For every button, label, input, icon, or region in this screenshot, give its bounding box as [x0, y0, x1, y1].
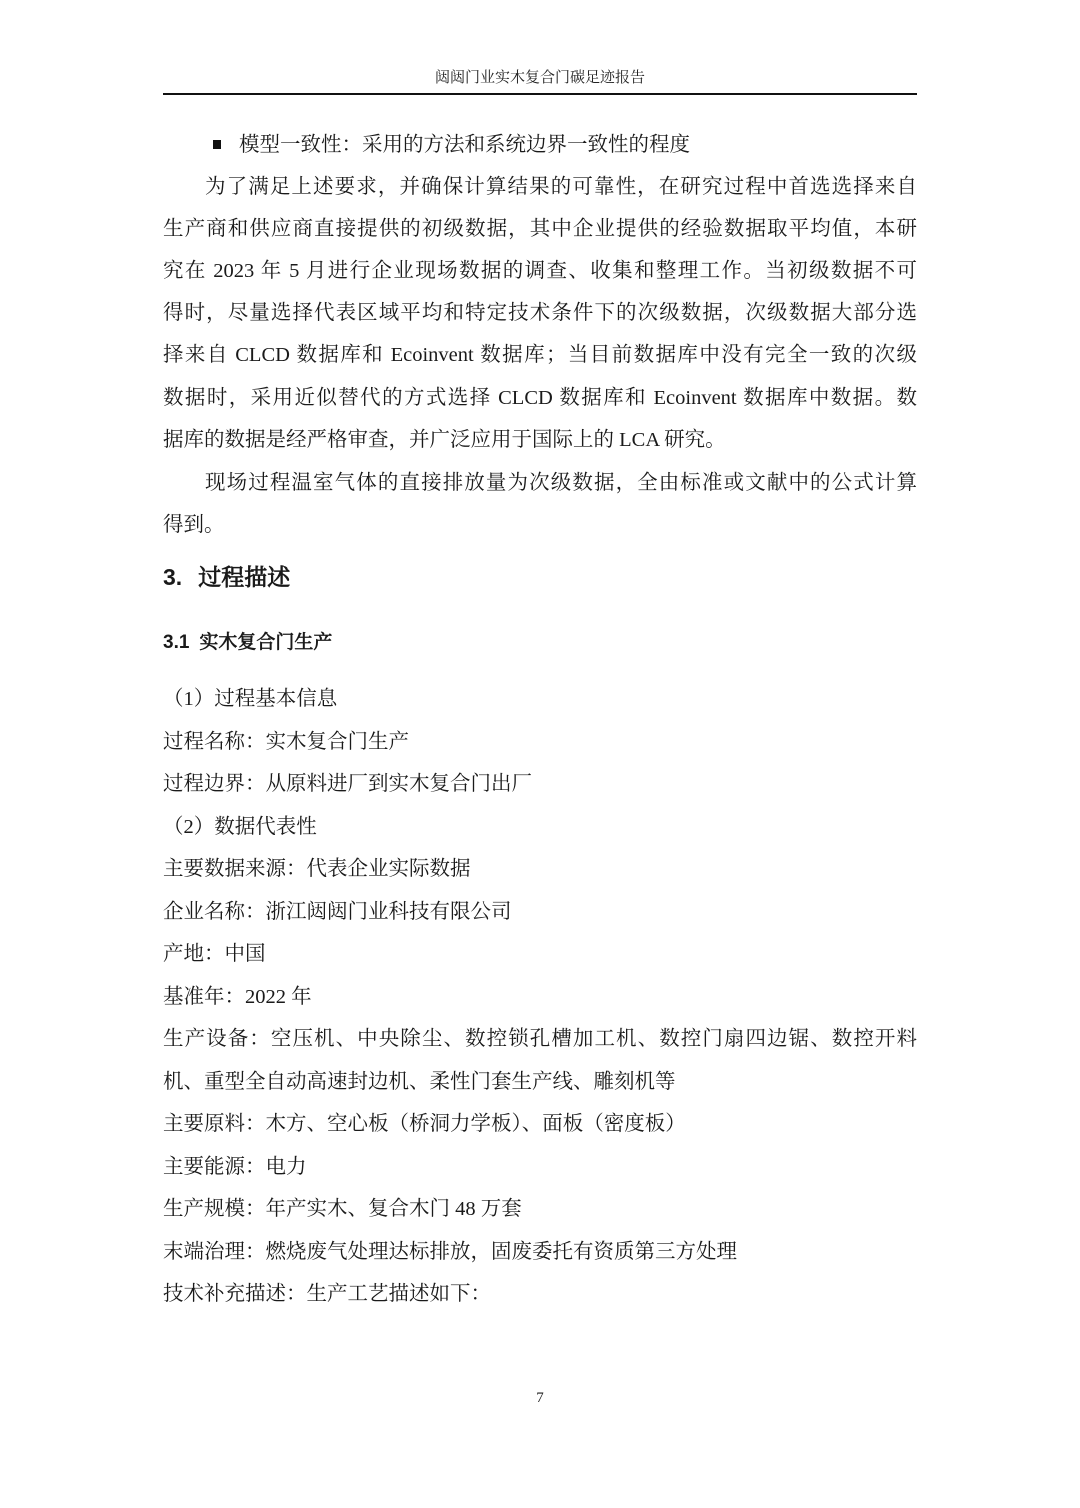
representativeness-heading: （2）数据代表性: [163, 812, 917, 842]
paragraph-line: 据库的数据是经严格审查，并广泛应用于国际上的 LCA 研究。: [163, 425, 917, 455]
paragraph-line: 究在 2023 年 5 月进行企业现场数据的调查、收集和整理工作。当初级数据不可: [163, 256, 917, 286]
paragraph-line: 数据时，采用近似替代的方式选择 CLCD 数据库和 Ecoinvent 数据库中…: [163, 383, 917, 413]
company-name: 企业名称：浙江闼闼门业科技有限公司: [163, 897, 917, 927]
equipment-line-1: 生产设备：空压机、中央除尘、数控锁孔槽加工机、数控门扇四边锯、数控开料: [163, 1024, 917, 1054]
bullet-text: 模型一致性：采用的方法和系统边界一致性的程度: [239, 134, 690, 156]
process-name: 过程名称：实木复合门生产: [163, 727, 917, 757]
square-bullet-icon: [213, 140, 221, 149]
page-number: 7: [500, 1388, 580, 1408]
paragraph-line: 得到。: [163, 510, 917, 540]
section-number: 3.: [163, 564, 182, 590]
paragraph-line: 生产商和供应商直接提供的初级数据，其中企业提供的经验数据取平均值，本研: [163, 214, 917, 244]
section-title: 过程描述: [198, 564, 290, 590]
subsection-number: 3.1: [163, 632, 189, 653]
basic-info-heading: （1）过程基本信息: [163, 684, 917, 714]
energy-source: 主要能源：电力: [163, 1152, 917, 1182]
tech-supplement: 技术补充描述：生产工艺描述如下：: [163, 1279, 917, 1309]
raw-materials: 主要原料：木方、空心板（桥洞力学板）、面板（密度板）: [163, 1109, 917, 1139]
paragraph-line: 择来自 CLCD 数据库和 Ecoinvent 数据库；当目前数据库中没有完全一…: [163, 340, 917, 370]
end-treatment: 末端治理：燃烧废气处理达标排放，固废委托有资质第三方处理: [163, 1237, 917, 1267]
page-header-title: 闼闼门业实木复合门碳足迹报告: [163, 68, 917, 88]
paragraph-line: 得时，尽量选择代表区域平均和特定技术条件下的次级数据，次级数据大部分选: [163, 298, 917, 328]
section-heading: 3.过程描述: [163, 561, 290, 593]
subsection-title: 实木复合门生产: [199, 632, 332, 653]
origin: 产地：中国: [163, 939, 917, 969]
paragraph-line: 现场过程温室气体的直接排放量为次级数据，全由标准或文献中的公式计算: [163, 468, 917, 498]
subsection-heading: 3.1实木复合门生产: [163, 629, 332, 657]
bullet-list-item: 模型一致性：采用的方法和系统边界一致性的程度: [213, 130, 913, 160]
base-year: 基准年：2022 年: [163, 982, 917, 1012]
paragraph-line: 为了满足上述要求，并确保计算结果的可靠性，在研究过程中首选选择来自: [163, 172, 917, 202]
data-source: 主要数据来源：代表企业实际数据: [163, 854, 917, 884]
process-boundary: 过程边界：从原料进厂到实木复合门出厂: [163, 769, 917, 799]
production-scale: 生产规模：年产实木、复合木门 48 万套: [163, 1194, 917, 1224]
equipment-line-2: 机、重型全自动高速封边机、柔性门套生产线、雕刻机等: [163, 1067, 917, 1097]
header-divider: [163, 93, 917, 95]
